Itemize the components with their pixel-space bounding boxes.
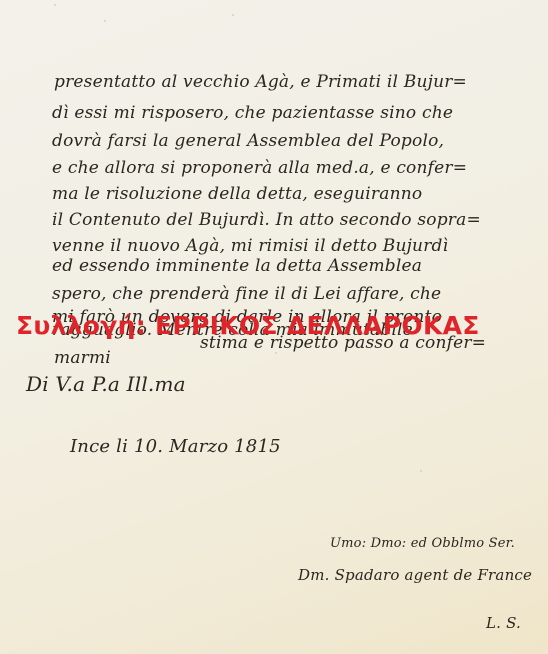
closing-salutation: Di V.a P.a Ill.ma [26,372,186,396]
body-line: dì essi mi risposero, che pazientasse si… [52,103,453,123]
paper-speck [54,4,56,6]
initials: L. S. [486,614,521,632]
address-line: Umo: Dmo: ed Obblmo Ser. [330,536,515,551]
paper-speck [420,470,422,472]
paper-speck [232,14,234,16]
body-line: ed essendo imminente la detta Assemblea [52,256,422,276]
address-line: Dm. Spadaro agent de France [298,566,532,584]
body-line: e che allora si proponerà alla med.a, e … [52,158,467,178]
body-line: venne il nuovo Agà, mi rimisi il detto B… [52,236,448,256]
body-line: ma le risoluzione della detta, eseguiran… [52,184,422,204]
body-line: marmi [54,348,111,368]
collection-watermark: Συλλογή: ΕΡΡΙΚΟΣ ΔΕΛΛΑΡΟΚΑΣ [16,311,480,340]
body-line: spero, che prenderà fine il di Lei affar… [52,284,441,304]
body-line: presentatto al vecchio Agà, e Primati il… [54,72,467,92]
body-line: dovrà farsi la general Assemblea del Pop… [52,131,444,151]
body-line: il Contenuto del Bujurdì. In atto second… [52,210,481,230]
date-line: Ince li 10. Marzo 1815 [70,436,281,457]
letter-page: presentatto al vecchio Agà, e Primati il… [0,0,548,654]
paper-speck [104,20,106,22]
